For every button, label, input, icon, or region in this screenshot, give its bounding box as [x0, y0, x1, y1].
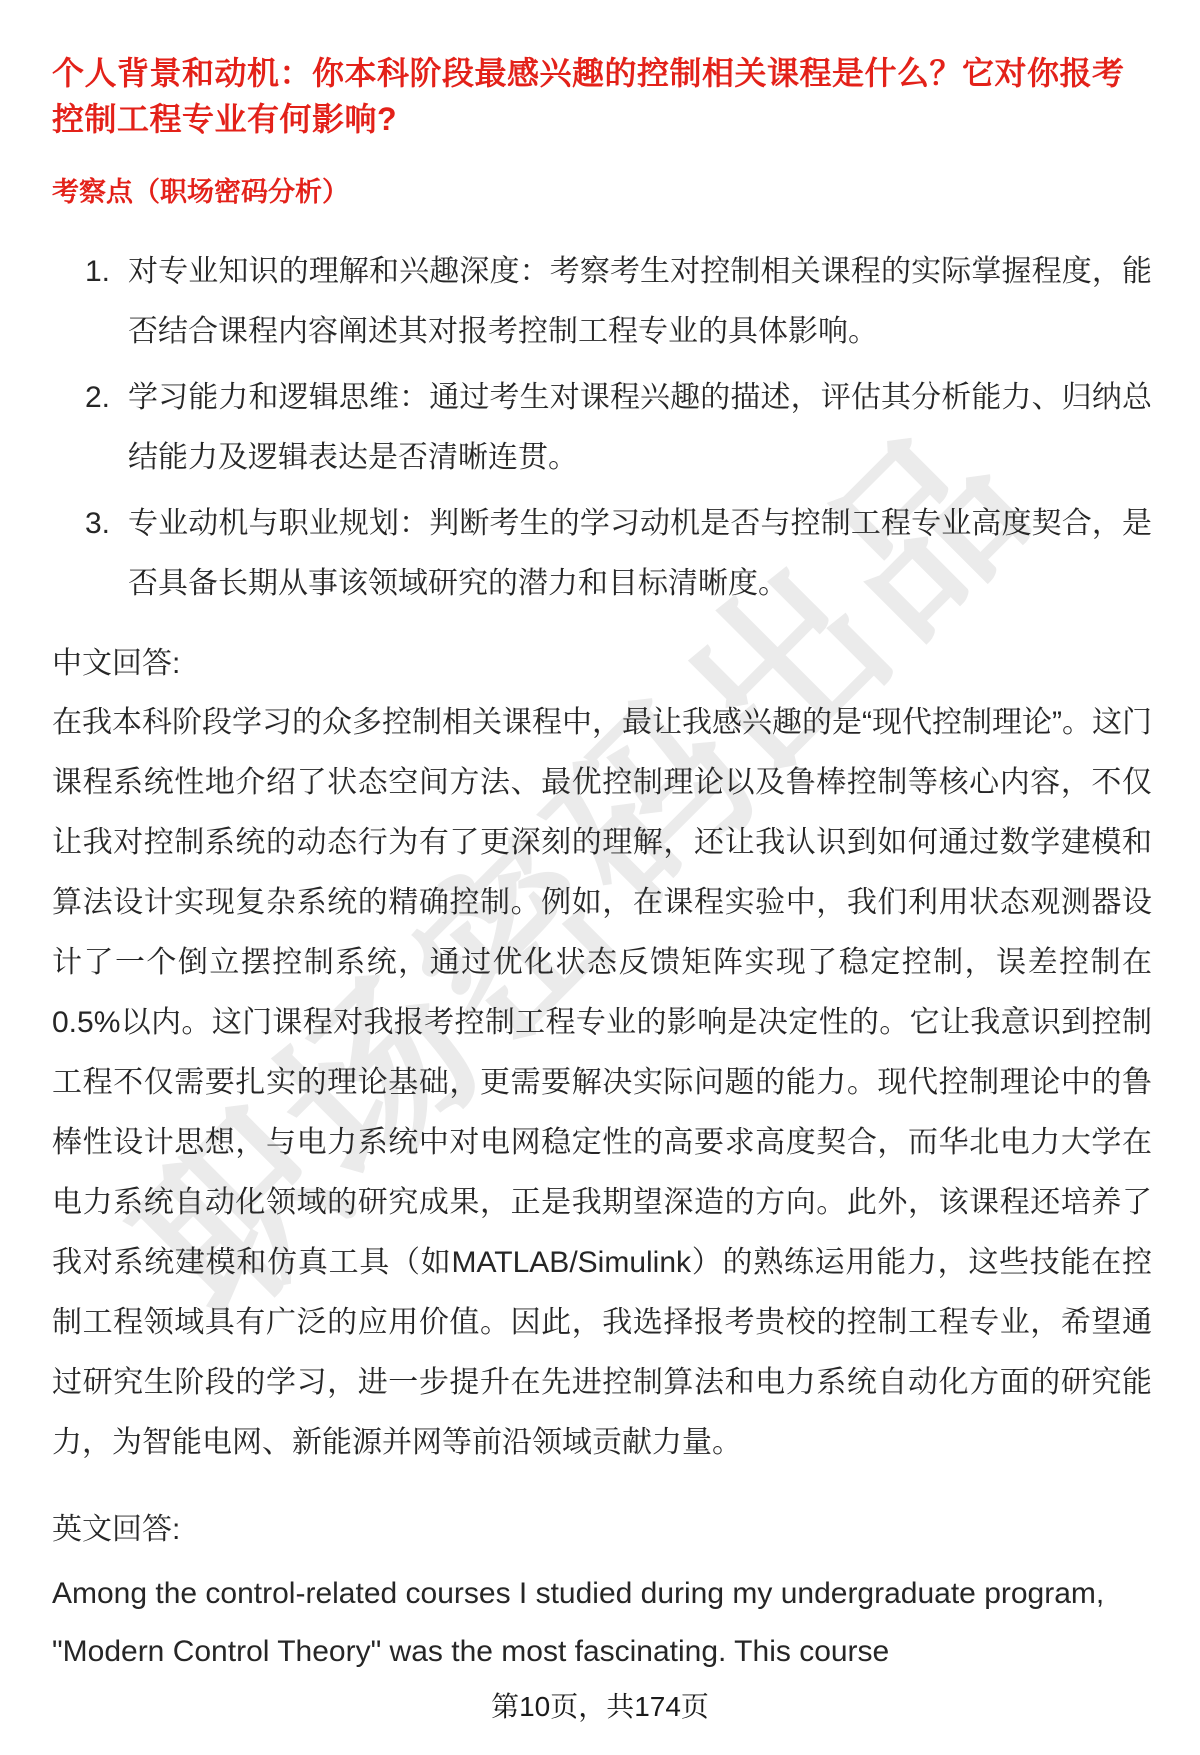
- list-item-number: 1.: [85, 242, 128, 302]
- list-item-number: 3.: [85, 494, 128, 554]
- list-item: 3. 专业动机与职业规划：判断考生的学习动机是否与控制工程专业高度契合，是否具备…: [52, 494, 1152, 614]
- document-content: 个人背景和动机：你本科阶段最感兴趣的控制相关课程是什么？它对你报考控制工程专业有…: [0, 0, 1200, 1681]
- english-answer-paragraph: Among the control-related courses I stud…: [52, 1565, 1152, 1681]
- question-title: 个人背景和动机：你本科阶段最感兴趣的控制相关课程是什么？它对你报考控制工程专业有…: [52, 50, 1152, 142]
- document-page: { "page": { "colors": { "heading_red": "…: [0, 0, 1200, 1755]
- list-item-text: 专业动机与职业规划：判断考生的学习动机是否与控制工程专业高度契合，是否具备长期从…: [128, 494, 1152, 614]
- page-footer: 第10页，共174页: [0, 1685, 1200, 1725]
- section-heading: 考察点（职场密码分析）: [52, 172, 1152, 212]
- list-item-text: 学习能力和逻辑思维：通过考生对课程兴趣的描述，评估其分析能力、归纳总结能力及逻辑…: [128, 368, 1152, 488]
- list-item: 1. 对专业知识的理解和兴趣深度：考察考生对控制相关课程的实际掌握程度，能否结合…: [52, 242, 1152, 362]
- chinese-answer-paragraph: 在我本科阶段学习的众多控制相关课程中，最让我感兴趣的是“现代控制理论”。这门课程…: [52, 693, 1152, 1473]
- analysis-list: 1. 对专业知识的理解和兴趣深度：考察考生对控制相关课程的实际掌握程度，能否结合…: [52, 242, 1152, 614]
- list-item: 2. 学习能力和逻辑思维：通过考生对课程兴趣的描述，评估其分析能力、归纳总结能力…: [52, 368, 1152, 488]
- list-item-number: 2.: [85, 368, 128, 428]
- english-answer-label: 英文回答:: [52, 1513, 1152, 1547]
- chinese-answer-label: 中文回答:: [52, 647, 1152, 681]
- list-item-text: 对专业知识的理解和兴趣深度：考察考生对控制相关课程的实际掌握程度，能否结合课程内…: [128, 242, 1152, 362]
